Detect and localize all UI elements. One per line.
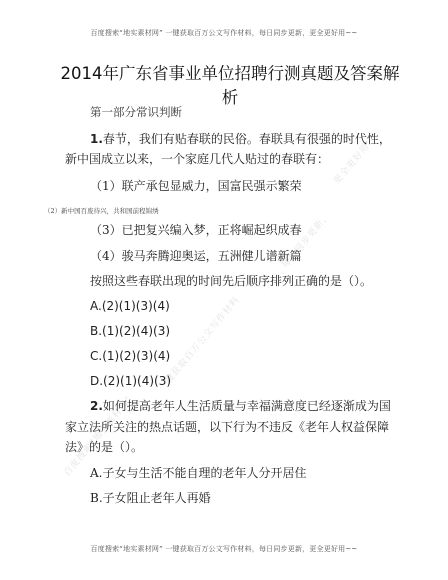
question-1-item-2: （2）新中国百废待兴，共和国前程锦绣 bbox=[44, 203, 159, 219]
question-1-prompt: 按照这些春联出现的时间先后顺序排列正确的是（）。 bbox=[90, 273, 372, 289]
question-1-stem-line-1: 1.春节，我们有贴春联的民俗。春联具有很强的时代性， bbox=[90, 131, 391, 147]
question-2-stem-line-1: 2.如何提高老年人生活质量与幸福满意度已经逐渐成为国 bbox=[90, 398, 391, 414]
question-2-option-a-text: A.子女与生活不能自理的老年人分开居住 bbox=[90, 466, 306, 480]
section-heading: 第一部分常识判断 bbox=[90, 104, 182, 120]
question-2-number: 2. bbox=[90, 399, 103, 413]
question-2-stem-text: 如何提高老年人生活质量与幸福满意度已经逐渐成为国 bbox=[103, 399, 391, 413]
question-2-option-b-text: B.子女阻止老年人再婚 bbox=[90, 491, 211, 505]
question-2-option-a: A.子女与生活不能自理的老年人分开居住 bbox=[90, 465, 306, 481]
question-1-option-c: C.(1)(2)(3)(4) bbox=[90, 348, 170, 364]
question-1-option-b: B.(1)(2)(4)(3) bbox=[90, 323, 170, 339]
question-1-option-a: A.(2)(1)(3)(4) bbox=[90, 298, 170, 314]
page-header: 百度搜索“地实素材网” 一键获取百万公文写作材料，每日同步更新，更全更好用~~ bbox=[0, 28, 448, 38]
question-1-item-1: （1）联产承包显威力，国富民强示繁荣 bbox=[90, 178, 302, 194]
question-1-option-d: D.(2)(1)(4)(3) bbox=[90, 373, 171, 389]
document-title: 2014年广东省事业单位招聘行测真题及答案解 析 bbox=[40, 62, 420, 110]
question-2-stem-line-2: 家立法所关注的热点话题，以下行为不违反《老年人权益保障 bbox=[65, 419, 389, 435]
question-1-stem-text: 春节，我们有贴春联的民俗。春联具有很强的时代性， bbox=[103, 132, 391, 146]
question-1-item-3: （3）已把复兴编入梦，正将崛起织成春 bbox=[90, 222, 302, 238]
question-2-option-b: B.子女阻止老年人再婚 bbox=[90, 490, 211, 506]
question-2-stem-line-3: 法》的是（）。 bbox=[65, 439, 143, 455]
question-1-stem-line-2: 新中国成立以来，一个家庭几代人贴过的春联有： bbox=[65, 151, 329, 167]
question-1-item-4: （4）骏马奔腾迎奥运，五洲健儿谱新篇 bbox=[90, 248, 302, 264]
page-footer: 百度搜索“地实素材网” 一键获取百万公文写作材料，每日同步更新，更全更好用~~ bbox=[0, 544, 448, 554]
question-1-number: 1. bbox=[90, 132, 103, 146]
title-line-1: 2014年广东省事业单位招聘行测真题及答案解 bbox=[40, 62, 420, 86]
